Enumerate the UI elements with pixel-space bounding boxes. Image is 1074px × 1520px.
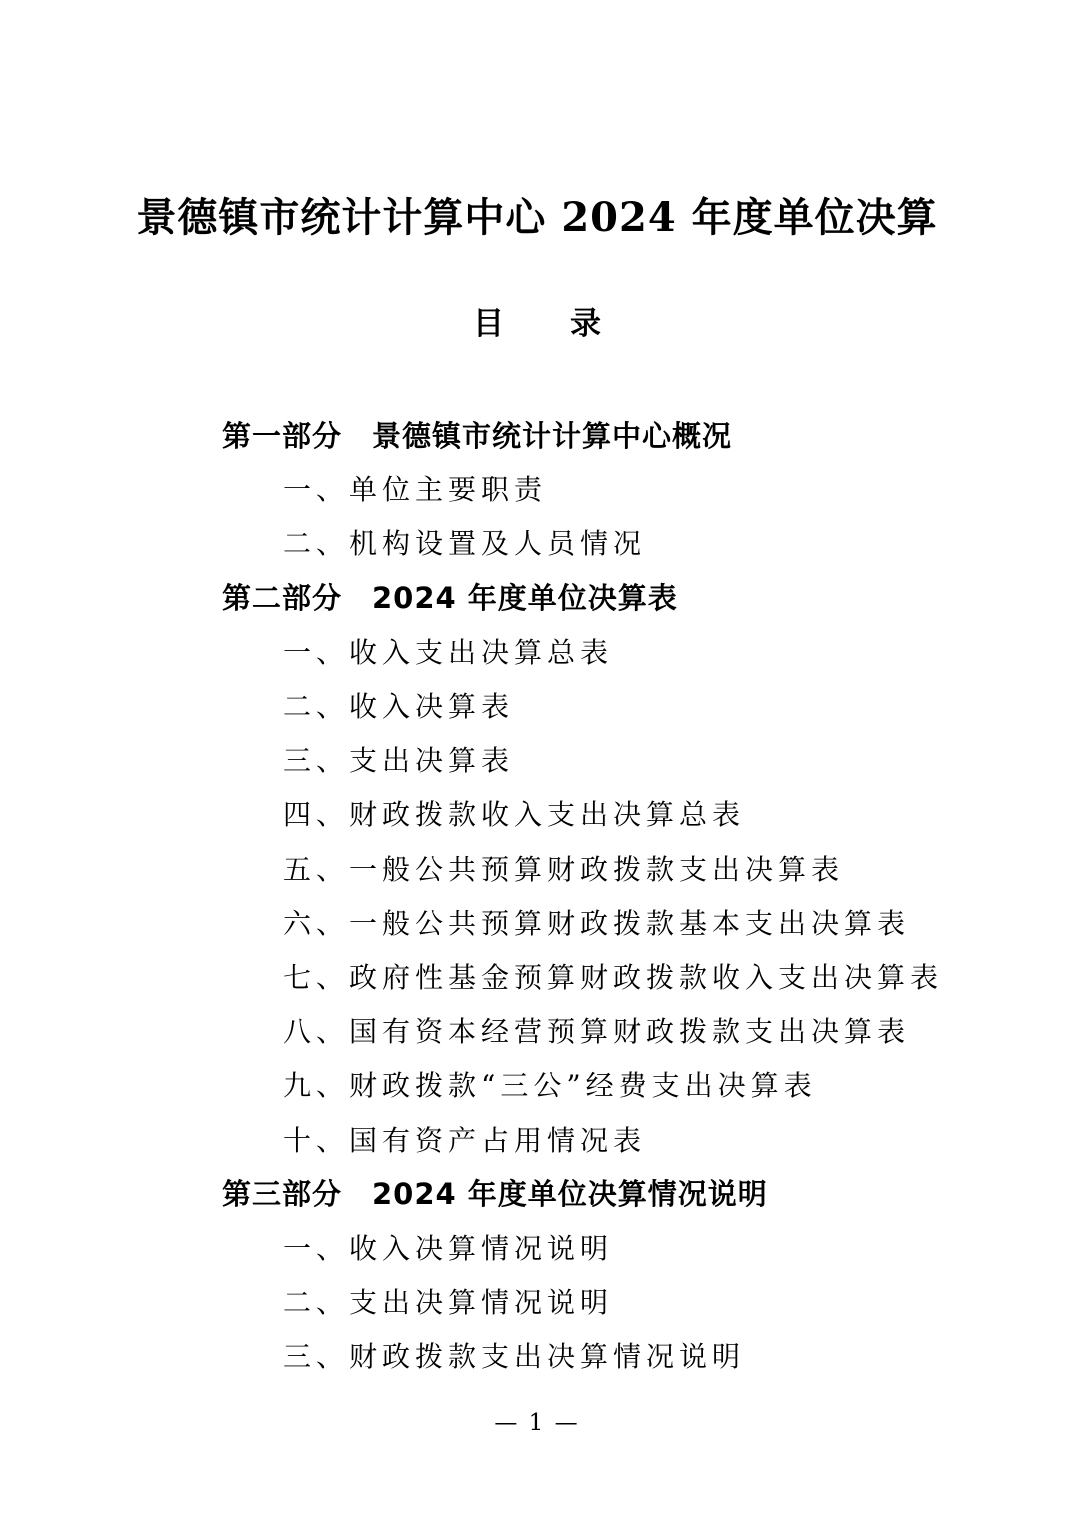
toc-item-organization: 二、机构设置及人员情况	[222, 515, 1012, 569]
toc-section-1: 第一部分 景德镇市统计计算中心概况	[222, 407, 1012, 461]
toc-item-income-notes: 一、收入决算情况说明	[222, 1220, 1012, 1274]
toc-item-expense-notes: 二、支出决算情况说明	[222, 1274, 1012, 1328]
contents-heading-char-right: 录	[570, 306, 601, 342]
toc-item-state-capital-budget: 八、国有资本经营预算财政拨款支出决算表	[222, 1003, 1012, 1057]
toc-section-3: 第三部分 2024 年度单位决算情况说明	[222, 1166, 1012, 1220]
toc-item-govt-fund-budget: 七、政府性基金预算财政拨款收入支出决算表	[222, 949, 1012, 1003]
contents-heading: 目 录	[0, 306, 1074, 342]
toc-item-income: 二、收入决算表	[222, 678, 1012, 732]
toc-item-fiscal-summary: 四、财政拨款收入支出决算总表	[222, 786, 1012, 840]
toc-item-three-public-funds: 九、财政拨款“三公”经费支出决算表	[222, 1057, 1012, 1111]
toc-item-public-budget-expense: 五、一般公共预算财政拨款支出决算表	[222, 841, 1012, 895]
document-page: 景德镇市统计计算中心 2024 年度单位决算 目 录 第一部分 景德镇市统计计算…	[0, 0, 1074, 1520]
table-of-contents: 第一部分 景德镇市统计计算中心概况 一、单位主要职责 二、机构设置及人员情况 第…	[222, 407, 1012, 1382]
page-number: — 1 —	[0, 1410, 1074, 1436]
toc-section-2: 第二部分 2024 年度单位决算表	[222, 570, 1012, 624]
page-title: 景德镇市统计计算中心 2024 年度单位决算	[0, 194, 1074, 242]
toc-item-income-expense-summary: 一、收入支出决算总表	[222, 624, 1012, 678]
toc-item-state-assets: 十、国有资产占用情况表	[222, 1111, 1012, 1165]
contents-heading-char-left: 目	[473, 306, 504, 342]
toc-item-expense: 三、支出决算表	[222, 732, 1012, 786]
toc-item-public-budget-basic-expense: 六、一般公共预算财政拨款基本支出决算表	[222, 895, 1012, 949]
toc-item-fiscal-expense-notes: 三、财政拨款支出决算情况说明	[222, 1328, 1012, 1382]
toc-item-duties: 一、单位主要职责	[222, 461, 1012, 515]
